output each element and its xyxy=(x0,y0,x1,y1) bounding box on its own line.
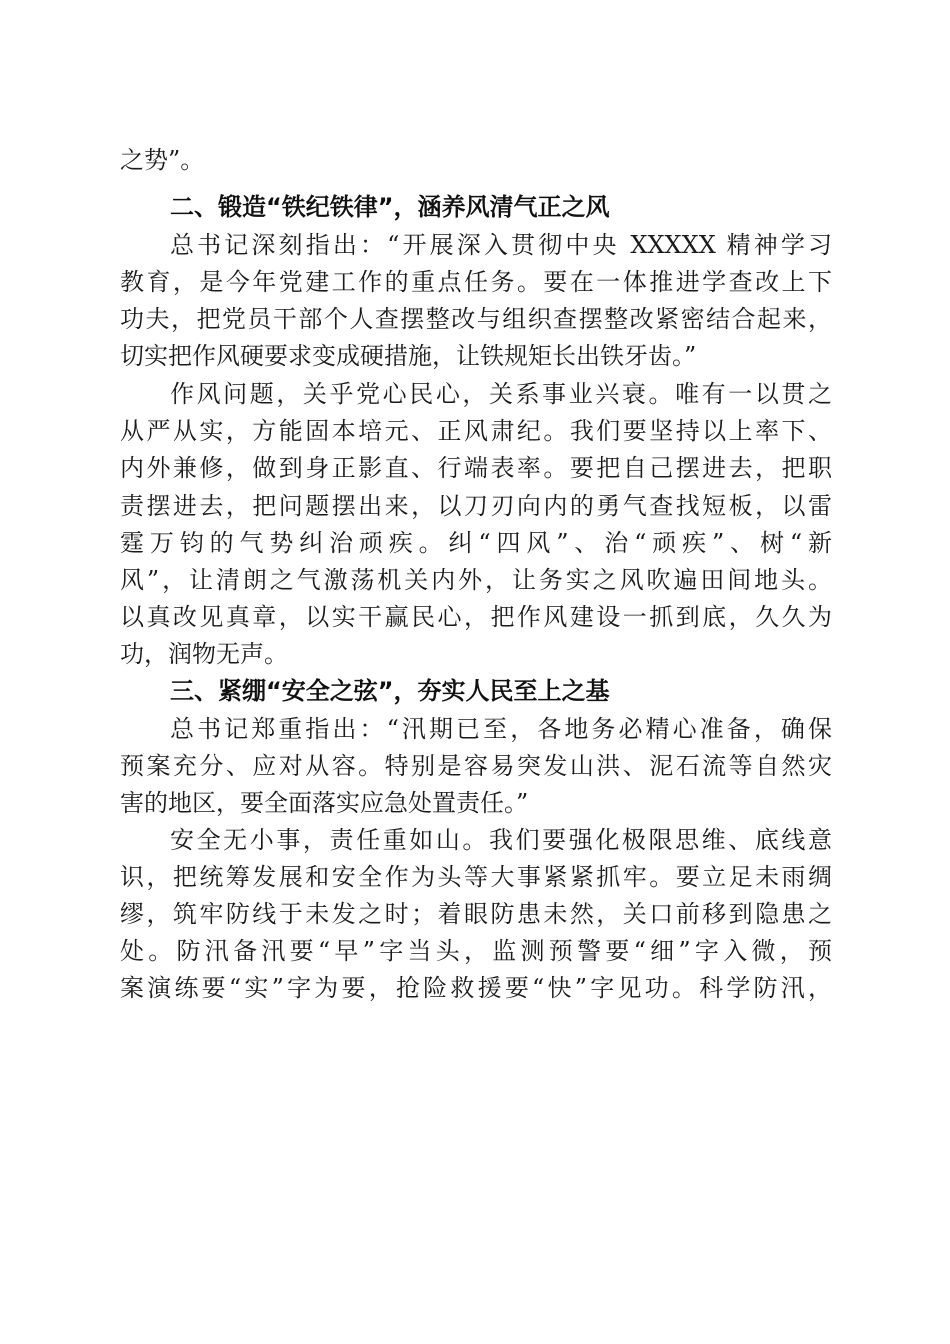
paragraph-line: 内外兼修，做到身正影直、行端表率。要把自己摆进去，把职 xyxy=(120,453,832,483)
paragraph-line: 缪，筑牢防线于未发之时；着眼防患未然，关口前移到隐患之 xyxy=(120,899,832,929)
paragraph-line: 安全无小事，责任重如山。我们要强化极限思维、底线意 xyxy=(170,825,832,855)
paragraph-line: 切实把作风硬要求变成硬措施，让铁规矩长出铁牙齿。” xyxy=(120,341,832,371)
paragraph-line: 功夫，把党员干部个人查摆整改与组织查摆整改紧密结合起来， xyxy=(120,304,832,334)
document-page: 之势”。 二、锻造“铁纪铁律”，涵养风清气正之风 总书记深刻指出：“开展深入贯彻… xyxy=(0,0,950,1344)
paragraph-line: 责摆进去，把问题摆出来，以刀刃向内的勇气查找短板，以雷 xyxy=(120,491,832,521)
paragraph-line: 总书记深刻指出：“开展深入贯彻中央 XXXXX 精神学习 xyxy=(170,230,832,260)
paragraph-line: 识，把统筹发展和安全作为头等大事紧紧抓牢。要立足未雨绸 xyxy=(120,862,832,892)
paragraph-line: 霆万钧的气势纠治顽疾。纠“四风”、治“顽疾”、树“新 xyxy=(120,528,832,558)
paragraph-line: 风”，让清朗之气激荡机关内外，让务实之风吹遍田间地头。 xyxy=(120,565,832,595)
paragraph-line: 从严从实，方能固本培元、正风肃纪。我们要坚持以上率下、 xyxy=(120,416,832,446)
paragraph-line: 害的地区，要全面落实应急处置责任。” xyxy=(120,788,832,818)
paragraph-line: 案演练要“实”字为要，抢险救援要“快”字见功。科学防汛， xyxy=(120,973,832,1003)
paragraph-line: 作风问题，关乎党心民心，关系事业兴衰。唯有一以贯之 xyxy=(170,379,832,409)
paragraph-line: 教育，是今年党建工作的重点任务。要在一体推进学查改上下 xyxy=(120,267,832,297)
section-heading-2: 二、锻造“铁纪铁律”，涵养风清气正之风 xyxy=(170,192,610,222)
paragraph-line: 之势”。 xyxy=(120,145,832,175)
section-heading-3: 三、紧绷“安全之弦”，夯实人民至上之基 xyxy=(170,676,610,706)
paragraph-line: 以真改见真章，以实干赢民心，把作风建设一抓到底，久久为 xyxy=(120,602,832,632)
paragraph-line: 预案充分、应对从容。特别是容易突发山洪、泥石流等自然灾 xyxy=(120,751,832,781)
paragraph-line: 处。防汛备汛要“早”字当头，监测预警要“细”字入微，预 xyxy=(120,936,832,966)
paragraph-line: 总书记郑重指出：“汛期已至，各地务必精心准备，确保 xyxy=(170,714,832,744)
paragraph-line: 功，润物无声。 xyxy=(120,639,832,669)
